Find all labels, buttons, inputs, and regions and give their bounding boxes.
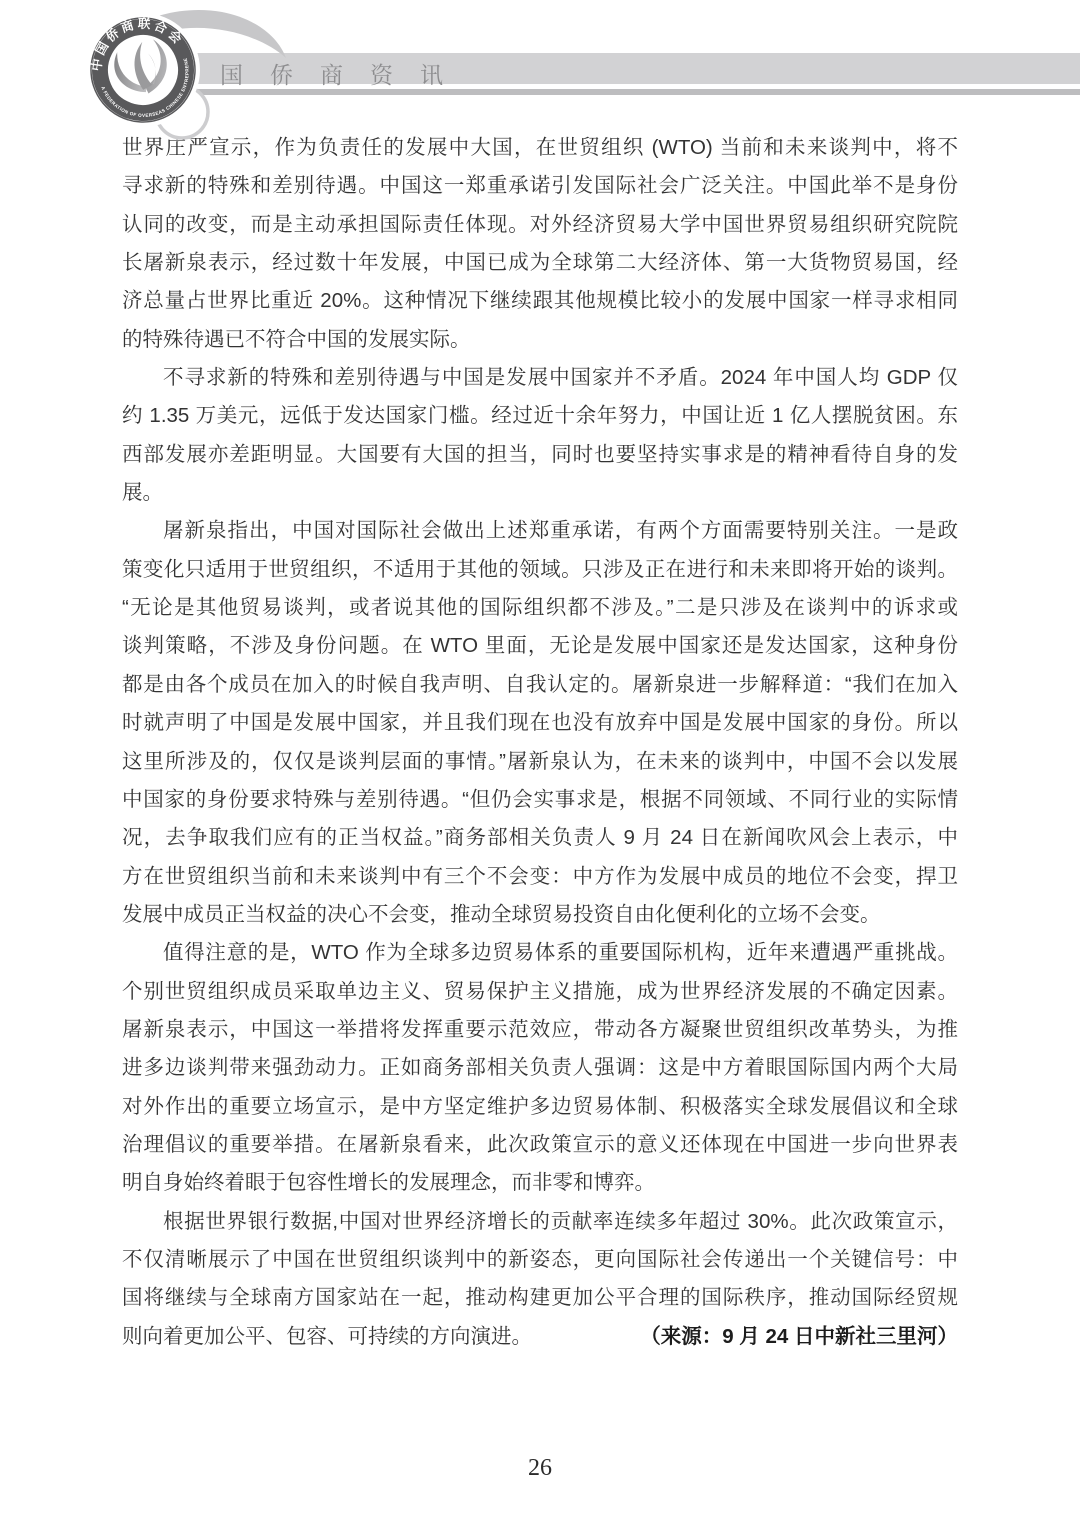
text-line: 屠新泉表示，中国这一举措将发挥重要示范效应，带动各方凝聚世贸组织改革势头，为推 — [122, 1011, 958, 1049]
source-attribution: （来源：9 月 24 日中新社三里河） — [640, 1318, 958, 1356]
text-line: 根据世界银行数据,中国对世界经济增长的贡献率连续多年超过 30%。此次政策宣示， — [122, 1203, 958, 1241]
text-line: 都是由各个成员在加入的时候自我声明、自我认定的。屠新泉进一步解释道：“我们在加入 — [122, 666, 958, 704]
text-line: 治理倡议的重要举措。在屠新泉看来，此次政策宣示的意义还体现在中国进一步向世界表 — [122, 1126, 958, 1164]
text-line: 谈判策略，不涉及身份问题。在 WTO 里面，无论是发展中国家还是发达国家，这种身… — [122, 627, 958, 665]
text-line: 不仅清晰展示了中国在世贸组织谈判中的新姿态，更向国际社会传递出一个关键信号：中 — [122, 1241, 958, 1279]
text-line: “无论是其他贸易谈判，或者说其他的国际组织都不涉及。”二是只涉及在谈判中的诉求或 — [122, 589, 958, 627]
text-line: 明自身始终着眼于包容性增长的发展理念，而非零和博弈。 — [122, 1164, 958, 1202]
page-number: 26 — [0, 1455, 1080, 1482]
text-line: 中国家的身份要求特殊与差别待遇。“但仍会实事求是，根据不同领域、不同行业的实际情 — [122, 781, 958, 819]
text-line: 济总量占世界比重近 20%。这种情况下继续跟其他规模比较小的发展中国家一样寻求相… — [122, 282, 958, 320]
text-line: 策变化只适用于世贸组织，不适用于其他的领域。只涉及正在进行和未来即将开始的谈判。 — [122, 551, 958, 589]
text-line: 方在世贸组织当前和未来谈判中有三个不会变：中方作为发展中成员的地位不会变，捍卫 — [122, 858, 958, 896]
text-line: 发展中成员正当权益的决心不会变，推动全球贸易投资自由化便利化的立场不会变。 — [122, 896, 958, 934]
text-line: 的特殊待遇已不符合中国的发展实际。 — [122, 321, 958, 359]
article-lines: 世界庄严宣示，作为负责任的发展中大国，在世贸组织 (WTO) 当前和未来谈判中，… — [122, 129, 958, 1318]
text-line: 进多边谈判带来强劲动力。正如商务部相关负责人强调：这是中方着眼国际国内两个大局 — [122, 1049, 958, 1087]
text-line: 西部发展亦差距明显。大国要有大国的担当，同时也要坚持实事求是的精神看待自身的发展… — [122, 436, 958, 513]
text-line: 值得注意的是，WTO 作为全球多边贸易体系的重要国际机构，近年来遭遇严重挑战。 — [122, 934, 958, 972]
logo: 中国侨商联合会 CHINA FEDERATION OF OVERSEAS CHI… — [38, 0, 298, 175]
text-line: 约 1.35 万美元，远低于发达国家门槛。经过近十余年努力，中国让近 1 亿人摆… — [122, 397, 958, 435]
closing-text: 则向着更加公平、包容、可持续的方向演进。 — [122, 1318, 532, 1356]
text-line: 长屠新泉表示，经过数十年发展，中国已成为全球第二大经济体、第一大货物贸易国，经 — [122, 244, 958, 282]
page: 中国侨商资讯 中国侨商联合会 — [0, 0, 1080, 1525]
text-line: 对外作出的重要立场宣示，是中方坚定维护多边贸易体制、积极落实全球发展倡议和全球 — [122, 1088, 958, 1126]
text-line: 认同的改变，而是主动承担国际责任体现。对外经济贸易大学中国世界贸易组织研究院院 — [122, 206, 958, 244]
text-line: 时就声明了中国是发展中国家，并且我们现在也没有放弃中国是发展中国家的身份。所以 — [122, 704, 958, 742]
text-line: 不寻求新的特殊和差别待遇与中国是发展中国家并不矛盾。2024 年中国人均 GDP… — [122, 359, 958, 397]
article-body: 世界庄严宣示，作为负责任的发展中大国，在世贸组织 (WTO) 当前和未来谈判中，… — [122, 129, 958, 1356]
text-line: 屠新泉指出，中国对国际社会做出上述郑重承诺，有两个方面需要特别关注。一是政 — [122, 512, 958, 550]
closing-line: 则向着更加公平、包容、可持续的方向演进。 （来源：9 月 24 日中新社三里河） — [122, 1318, 958, 1356]
text-line: 个别世贸组织成员采取单边主义、贸易保护主义措施，成为世界经济发展的不确定因素。 — [122, 973, 958, 1011]
text-line: 国将继续与全球南方国家站在一起，推动构建更加公平合理的国际秩序，推动国际经贸规 — [122, 1279, 958, 1317]
text-line: 这里所涉及的，仅仅是谈判层面的事情。”屠新泉认为，在未来的谈判中，中国不会以发展 — [122, 743, 958, 781]
text-line: 况，去争取我们应有的正当权益。”商务部相关负责人 9 月 24 日在新闻吹风会上… — [122, 819, 958, 857]
